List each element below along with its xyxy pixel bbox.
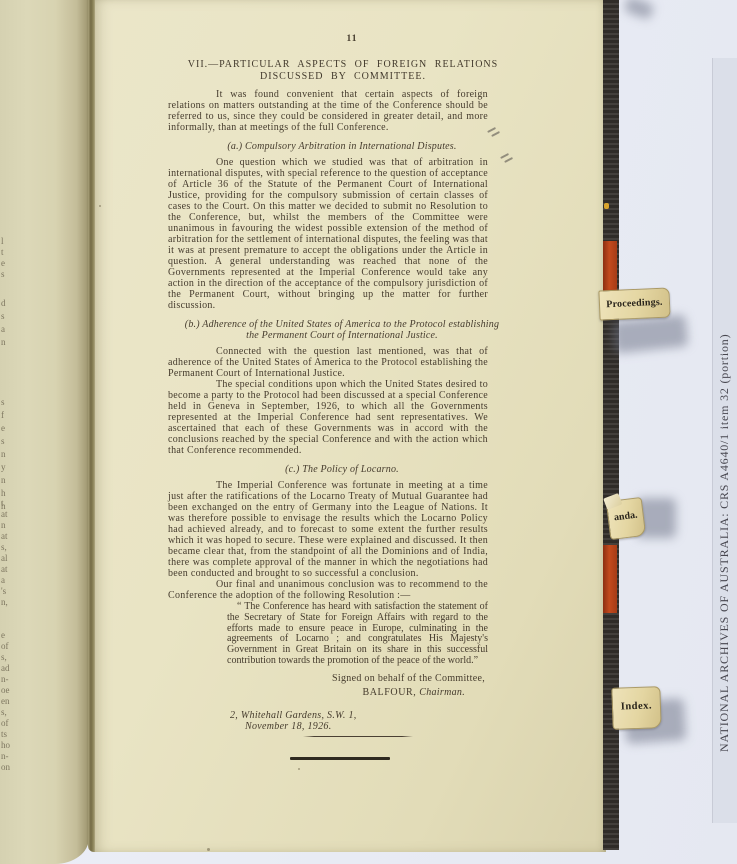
- cutoff-text-fragments: sfesnynhh: [0, 396, 12, 513]
- facing-page-edge: ltes dsan sfesnynhh tatnats,alata'sn, eo…: [0, 0, 89, 864]
- signatory: BALFOUR, Chairman.: [168, 687, 488, 698]
- tab-index: Index.: [611, 686, 661, 730]
- page-title-line-1: VII.—PARTICULAR ASPECTS OF FOREIGN RELAT…: [183, 59, 503, 71]
- stain-spot: [99, 205, 101, 207]
- cutoff-text-fragments: dsan: [0, 297, 12, 349]
- pencil-mark: [487, 127, 496, 133]
- spine-fleck: [604, 203, 609, 209]
- stain-spot: [207, 848, 210, 851]
- signatory-name: BALFOUR,: [362, 687, 416, 698]
- tab-index-label: Index.: [621, 700, 653, 712]
- cutoff-text-fragments: tatnats,alata'sn,: [0, 498, 12, 608]
- section-heading-b: (b.) Adherence of the United States of A…: [182, 319, 502, 341]
- tab-proceedings-label: Proceedings.: [606, 297, 663, 310]
- tab-memoranda-label: anda.: [613, 510, 638, 524]
- cutoff-text-fragments: ltes: [0, 236, 12, 280]
- section-c-paragraph-1: The Imperial Conference was fortunate in…: [168, 480, 488, 579]
- page-title-line-2: DISCUSSED BY COMMITTEE.: [183, 71, 503, 83]
- tab-memoranda: anda.: [606, 497, 646, 540]
- section-heading-c: (c.) The Policy of Locarno.: [182, 464, 502, 475]
- section-b-paragraph-2: The special conditions upon which the Un…: [168, 379, 488, 456]
- tab-proceedings: Proceedings.: [598, 287, 670, 320]
- tab-shadow: [623, 0, 655, 20]
- section-b-paragraph-1: Connected with the question last mention…: [168, 346, 488, 379]
- resolution-quote: “ The Conference has heard with satisfac…: [227, 602, 488, 667]
- page-title: VII.—PARTICULAR ASPECTS OF FOREIGN RELAT…: [183, 59, 503, 82]
- page-number: 11: [192, 34, 512, 45]
- address-block: 2, Whitehall Gardens, S.W. 1, November 1…: [230, 710, 488, 732]
- address-line-2: November 18, 1926.: [245, 721, 488, 732]
- signature-line: Signed on behalf of the Committee,: [168, 673, 488, 684]
- section-a-paragraph: One question which we studied was that o…: [168, 157, 488, 311]
- signatory-title: Chairman.: [419, 687, 465, 698]
- archive-caption: NATIONAL ARCHIVES OF AUSTRALIA: CRS A464…: [711, 285, 737, 800]
- page-text-block: 11 VII.—PARTICULAR ASPECTS OF FOREIGN RE…: [168, 34, 488, 760]
- pencil-mark: [500, 153, 509, 159]
- section-heading-a: (a.) Compulsory Arbitration in Internati…: [182, 141, 502, 152]
- pencil-mark: [504, 157, 513, 163]
- cutoff-text-fragments: eofs,adn-oeens,oftshon-on: [0, 630, 12, 773]
- intro-paragraph: It was found convenient that certain asp…: [168, 89, 488, 133]
- pencil-mark: [491, 131, 500, 137]
- stain-spot: [298, 768, 300, 770]
- archival-scan: ltes dsan sfesnynhh tatnats,alata'sn, eo…: [0, 0, 737, 864]
- section-c-paragraph-2: Our final and unanimous conclusion was t…: [168, 579, 488, 601]
- spine-red-band: [603, 241, 617, 291]
- tab-shadow: [612, 314, 689, 354]
- document-page: 11 VII.—PARTICULAR ASPECTS OF FOREIGN RE…: [95, 0, 606, 852]
- end-rule: [290, 757, 390, 760]
- spine-red-band: [603, 545, 617, 613]
- address-line-1: 2, Whitehall Gardens, S.W. 1,: [230, 710, 488, 721]
- thin-rule: [303, 736, 413, 737]
